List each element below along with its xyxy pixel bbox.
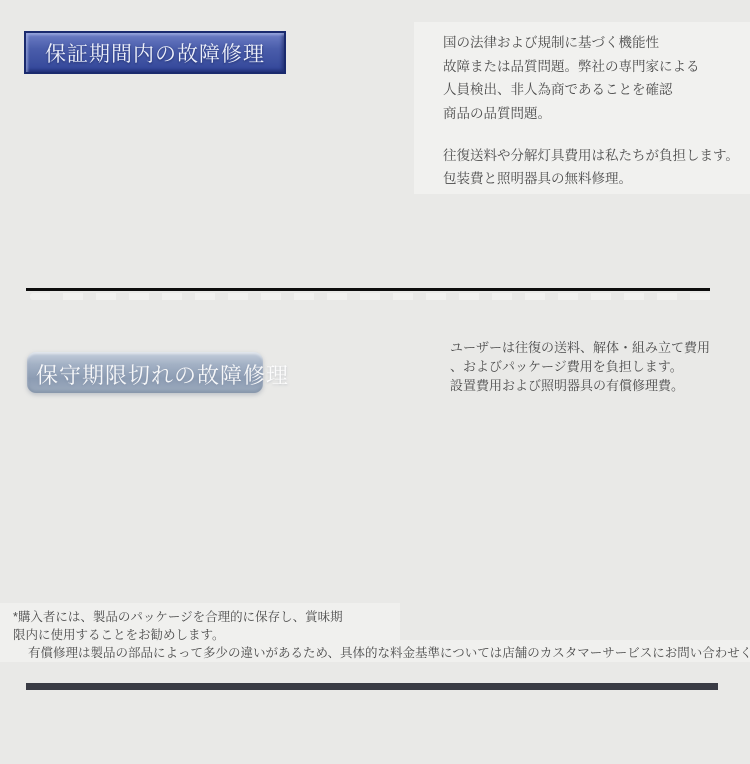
warranty-coverage-text: 国の法律および規制に基づく機能性 故障または品質問題。弊社の専門家による 人員検…: [443, 31, 700, 125]
text-line: ユーザーは往復の送料、解体・組み立て費用: [450, 338, 710, 357]
text-line: 故障または品質問題。弊社の専門家による: [443, 55, 700, 79]
text-line: 限内に使用することをお勧めします。: [13, 626, 343, 644]
text-line: 包装費と照明器具の無料修理。: [443, 167, 739, 190]
expired-repair-badge-label: 保守期限切れの故障修理: [36, 359, 289, 390]
text-line: 商品の品質問題。: [443, 102, 700, 126]
section-divider-line: [26, 288, 710, 291]
text-line: 、およびパッケージ費用を負担します。: [450, 357, 710, 376]
text-line: 国の法律および規制に基づく機能性: [443, 31, 700, 55]
free-service-text: 往復送料や分解灯具費用は私たちが負担します。 包装費と照明器具の無料修理。: [443, 144, 739, 190]
text-line: 往復送料や分解灯具費用は私たちが負担します。: [443, 144, 739, 167]
keep-package-footnote: *購入者には、製品のパッケージを合理的に保存し、賞味期 限内に使用することをお勧…: [13, 608, 343, 644]
paid-service-text: ユーザーは往復の送料、解体・組み立て費用 、およびパッケージ費用を負担します。 …: [450, 338, 710, 395]
text-line: *購入者には、製品のパッケージを合理的に保存し、賞味期: [13, 608, 343, 626]
paid-repair-footnote: 有償修理は製品の部品によって多少の違いがあるため、具体的な料金基準については店舗…: [28, 643, 750, 661]
warranty-repair-badge-label: 保証期間内の故障修理: [45, 38, 265, 68]
product-warranty-info-page: 保証期間内の故障修理 国の法律および規制に基づく機能性 故障または品質問題。弊社…: [0, 0, 750, 764]
bottom-divider-bar: [26, 683, 718, 690]
warranty-repair-badge: 保証期間内の故障修理: [24, 31, 286, 74]
text-line: 設置費用および照明器具の有償修理費。: [450, 376, 710, 395]
section-divider-dashes: [30, 293, 716, 300]
text-line: 人員検出、非人為商であることを確認: [443, 78, 700, 102]
